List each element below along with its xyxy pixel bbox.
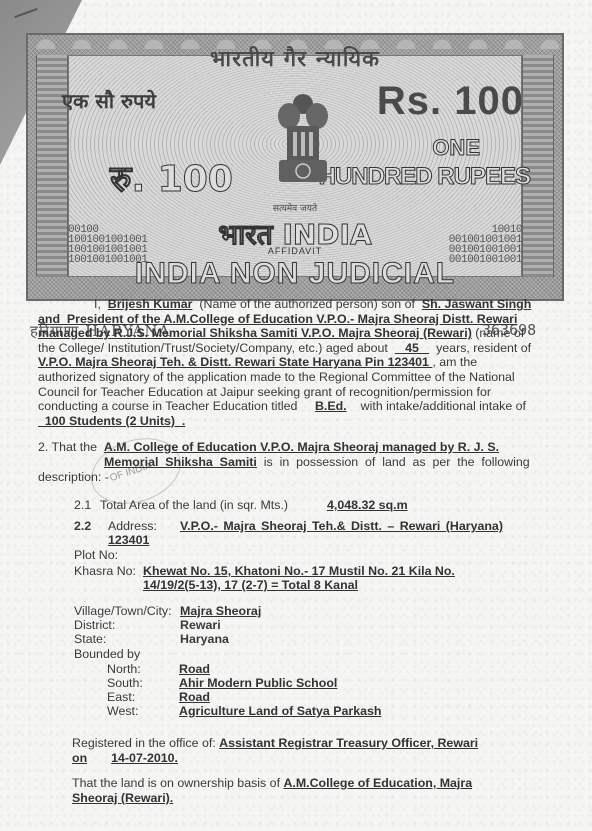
text-run: 2. That the xyxy=(38,440,104,454)
land-area-value: 4,048.32 sq.m xyxy=(327,498,408,512)
address-value-line1: V.P.O.- Majra Sheoraj Teh.& Distt. – Rew… xyxy=(180,519,503,533)
khasra-no-value-line2: 14/19/2(5-13), 17 (2-7) = Total 8 Kanal xyxy=(143,578,358,592)
district-value: Rewari xyxy=(180,618,221,632)
ownership-line-1: That the land is on ownership basis of A… xyxy=(72,776,472,790)
land-area-num: 2.1 xyxy=(74,498,91,512)
text-line: Council for Teacher Education at Jaipur … xyxy=(38,385,526,399)
west-value: Agriculture Land of Satya Parkash xyxy=(179,704,381,718)
text-run: managed by R.J.S. Memorial Shiksha Samit… xyxy=(38,326,472,340)
west-label: West: xyxy=(107,704,138,718)
registration-office: Assistant Registrar Treasury Officer, Re… xyxy=(219,736,478,750)
text-run: Council for Teacher Education at Jaipur … xyxy=(38,385,491,399)
text-line: conducting a course in Teacher Education… xyxy=(38,399,526,413)
ownership-owner-line2: Sheoraj (Rewari). xyxy=(72,791,173,805)
text-line: 2. That the A.M. College of Education V.… xyxy=(38,440,499,454)
non-judicial-stamp-paper: भारतीय गैर न्यायिक एक सौ रुपये Rs. 100 र… xyxy=(26,33,564,301)
ownership-prefix: That the land is on ownership basis of xyxy=(72,776,283,790)
land-area-label: Total Area of the land (in sqr. Mts.) xyxy=(100,498,288,512)
stamp-amount-words-2: HUNDRED RUPEES xyxy=(319,163,530,191)
text-run: the College/ Institution/Trust/Society/C… xyxy=(38,341,395,355)
text-run: with intake/additional intake of xyxy=(357,399,526,413)
stamp-purpose: AFFIDAVIT xyxy=(28,246,562,256)
text-run: V.P.O. Majra Sheoraj Teh. & Distt. Rewar… xyxy=(38,355,432,369)
village-value: Majra Sheoraj xyxy=(180,604,261,618)
text-line: Memorial Shiksha Samiti is in possession… xyxy=(104,455,526,469)
text-line: the College/ Institution/Trust/Society/C… xyxy=(38,341,531,355)
text-run: authorized signatory of the application … xyxy=(38,370,515,384)
address-value-line2: 123401 xyxy=(108,533,149,547)
text-run: description: - xyxy=(38,470,109,484)
text-line: I, Brijesh Kumar (Name of the authorized… xyxy=(94,297,531,311)
text-line: description: - xyxy=(38,470,109,484)
text-run: A.M. College of Education V.P.O. Majra S… xyxy=(104,440,499,454)
text-line: 100 Students (2 Units) . xyxy=(38,414,185,428)
registration-date: 14-07-2010. xyxy=(87,751,178,765)
registration-prefix: Registered in the office of: xyxy=(72,736,219,750)
text-run: years, resident of xyxy=(429,341,531,355)
text-run: and President of the A.M.College of Educ… xyxy=(38,312,517,326)
stamp-hindi-title: भारतीय गैर न्यायिक xyxy=(28,43,562,73)
text-run: conducting a course in Teacher Education… xyxy=(38,399,304,413)
stamp-amount-words-1: ONE xyxy=(432,135,480,161)
ownership-owner-line1: A.M.College of Education, Majra xyxy=(283,776,472,790)
registration-line: Registered in the office of: Assistant R… xyxy=(72,736,478,750)
village-label: Village/Town/City: xyxy=(74,604,172,618)
text-run: Memorial Shiksha Samiti xyxy=(104,455,257,469)
south-label: South: xyxy=(107,676,143,690)
text-run: B.Ed. xyxy=(315,399,347,413)
state-value: Haryana xyxy=(180,632,229,646)
address-num: 2.2 xyxy=(74,519,91,533)
khasra-no-label: Khasra No: xyxy=(74,564,136,578)
text-run: (name of xyxy=(472,326,524,340)
stamp-amount-en: Rs. 100 xyxy=(377,79,524,124)
text-run: , am the xyxy=(432,355,477,369)
north-value: Road xyxy=(179,662,210,676)
khasra-no-value-line1: Khewat No. 15, Khatoni No.- 17 Mustil No… xyxy=(143,564,455,578)
district-label: District: xyxy=(74,618,115,632)
east-label: East: xyxy=(107,690,135,704)
stamp-type: INDIA NON JUDICIAL xyxy=(28,257,562,291)
east-value: Road xyxy=(179,690,210,704)
text-run: is in possession of land as per the foll… xyxy=(257,455,530,469)
text-line: and President of the A.M.College of Educ… xyxy=(38,312,526,326)
text-run: Brijesh Kumar xyxy=(108,297,193,311)
north-label: North: xyxy=(107,662,141,676)
text-run: (Name of the authorized person) son of xyxy=(192,297,421,311)
bounded-by-label: Bounded by xyxy=(74,647,140,661)
south-value: Ahir Modern Public School xyxy=(179,676,337,690)
text-line: V.P.O. Majra Sheoraj Teh. & Distt. Rewar… xyxy=(38,355,477,369)
stamp-emblem-motto: सत्यमेव जयते xyxy=(28,201,562,214)
state-label: State: xyxy=(74,632,106,646)
registration-on-label: on xyxy=(72,751,87,765)
text-run: I, xyxy=(94,297,108,311)
address-label: Address: xyxy=(108,519,157,533)
text-run: 100 Students (2 Units) . xyxy=(38,414,185,428)
text-line: authorized signatory of the application … xyxy=(38,370,526,384)
stamp-amount-hindi-symbol: रु. 100 xyxy=(110,153,233,202)
plot-no-label: Plot No: xyxy=(74,548,118,562)
text-run: Sh. Jaswant Singh xyxy=(422,297,531,311)
text-line: managed by R.J.S. Memorial Shiksha Samit… xyxy=(38,326,524,340)
stamp-hindi-amount: एक सौ रुपये xyxy=(62,87,156,114)
text-run: 45 xyxy=(395,341,429,355)
ashoka-lion-capital-icon xyxy=(273,90,333,195)
affidavit-page: भारतीय गैर न्यायिक एक सौ रुपये Rs. 100 र… xyxy=(0,0,592,831)
registration-date-line: on14-07-2010. xyxy=(72,751,178,765)
